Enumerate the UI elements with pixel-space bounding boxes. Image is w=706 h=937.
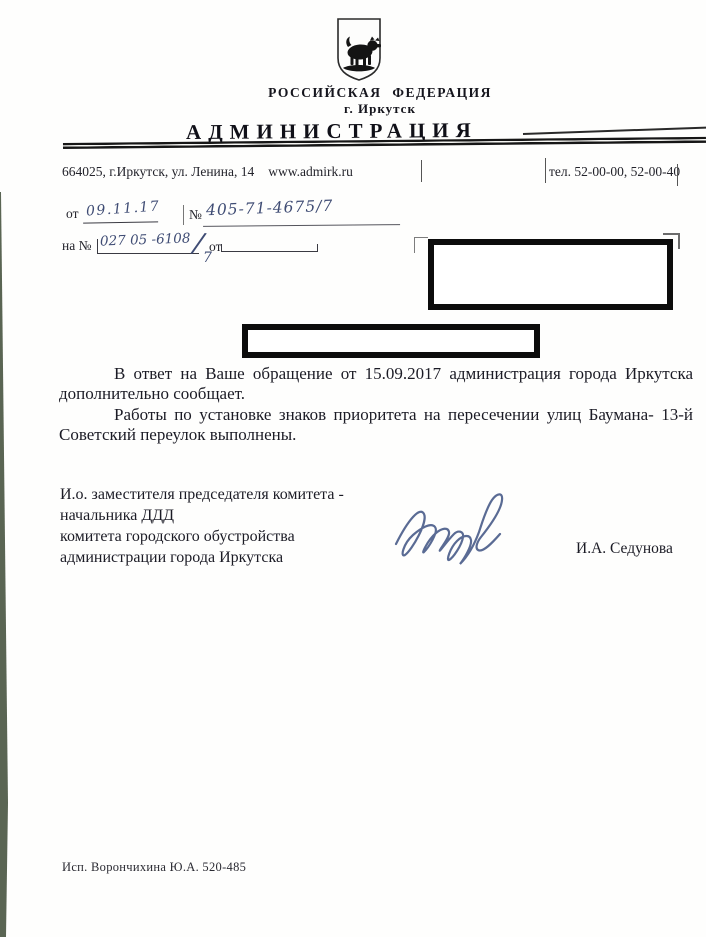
letterhead-phone: тел. 52-00-00, 52-00-40 (549, 164, 680, 180)
coat-of-arms-icon (334, 16, 384, 84)
scan-edge-artifact (0, 192, 9, 937)
handwritten-reply-number: 027 05 -6108 (100, 230, 191, 249)
redaction-box-subject (242, 324, 540, 358)
phone-divider-bar-right (677, 164, 678, 186)
letterhead-country: РОССИЙСКАЯ ФЕДЕРАЦИЯ (0, 85, 706, 101)
signer-position-line: администрации города Иркутска (60, 547, 420, 568)
handwritten-signature (390, 478, 535, 583)
field-reply-label: на № (62, 238, 91, 254)
letterhead-city: г. Иркутск (0, 101, 706, 117)
redaction-box-addressee (428, 239, 673, 310)
signer-position-line: И.о. заместителя председателя комитета - (60, 484, 420, 505)
address-divider-bar (421, 160, 422, 182)
irkutsk-emblem (334, 16, 384, 89)
letterhead-website: www.admirk.ru (268, 164, 353, 179)
phone-divider-bar-left (545, 158, 546, 183)
letter-body: В ответ на Ваше обращение от 15.09.2017 … (59, 364, 693, 446)
addressee-corner-bracket-left (414, 237, 428, 253)
header-rule-upper (523, 127, 706, 135)
field-from-label: от (66, 206, 78, 222)
letterhead-address: 664025, г.Иркутск, ул. Ленина, 14 (62, 164, 254, 179)
body-paragraph-2: Работы по установке знаков приоритета на… (59, 405, 693, 446)
executor-note: Исп. Ворончихина Ю.А. 520-485 (62, 860, 246, 875)
field-number-divider (183, 205, 184, 225)
field-reply-from-underline (221, 244, 318, 252)
letterhead-address-line: 664025, г.Иркутск, ул. Ленина, 14www.adm… (62, 164, 353, 180)
signer-position-line: начальника ДДД (60, 505, 420, 526)
field-reply-from-label: от (209, 239, 221, 255)
scanned-letter-page: РОССИЙСКАЯ ФЕДЕРАЦИЯ г. Иркутск АДМИНИСТ… (0, 0, 706, 937)
field-number-label: № (189, 207, 202, 223)
signature-ink-icon (390, 478, 535, 578)
signer-position-line: комитета городского обустройства (60, 526, 420, 547)
body-paragraph-1: В ответ на Ваше обращение от 15.09.2017 … (59, 364, 693, 405)
signer-name: И.А. Седунова (576, 540, 673, 558)
signer-position-block: И.о. заместителя председателя комитета -… (60, 484, 420, 568)
